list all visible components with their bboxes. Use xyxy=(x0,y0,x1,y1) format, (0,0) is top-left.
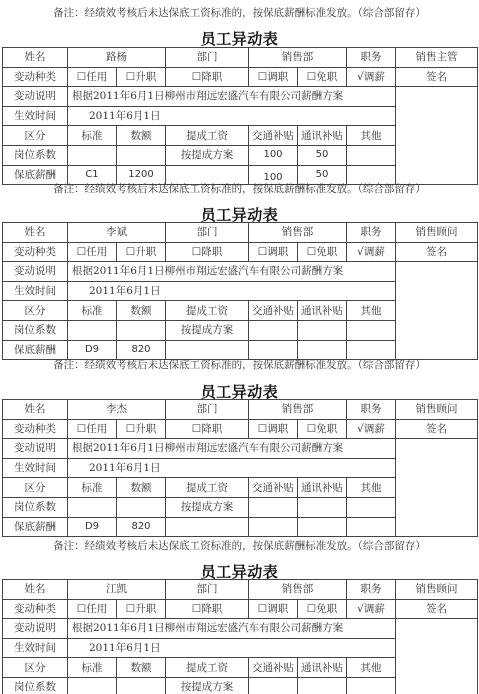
base-salary-standard[interactable]: D9 xyxy=(68,517,117,537)
change-type-row: 变动种类 ☐任用 ☐升职 ☐降职 ☐调职 ☐免职 √调薪 签名 xyxy=(3,599,478,619)
name-value[interactable]: 李杰 xyxy=(68,400,166,420)
effective-date-label: 生效时间 xyxy=(3,106,68,126)
change-type-label: 变动种类 xyxy=(3,242,68,262)
header-row: 姓名 江凯 部门 销售部 职务 销售顾问 xyxy=(3,580,478,600)
effective-date-label: 生效时间 xyxy=(3,281,68,301)
standard-label: 标准 xyxy=(68,301,117,321)
header-row: 姓名 李斌 部门 销售部 职务 销售顾问 xyxy=(3,223,478,243)
position-label: 职务 xyxy=(347,400,396,420)
standard-label: 标准 xyxy=(68,658,117,678)
employee-change-form-2: 姓名 李斌 部门 销售部 职务 销售顾问 变动种类 ☐任用 ☐升职 ☐降职 ☐调… xyxy=(2,222,478,360)
checkbox-transfer[interactable]: ☐调职 xyxy=(249,67,298,87)
commission-label: 提成工资 xyxy=(166,478,249,498)
checkbox-transfer[interactable]: ☐调职 xyxy=(249,242,298,262)
change-desc-row: 变动说明 根据2011年6月1日柳州市翔远宏盛汽车有限公司薪酬方案 xyxy=(3,439,478,459)
checkbox-demote[interactable]: ☐降职 xyxy=(166,67,249,87)
checkbox-demote[interactable]: ☐降职 xyxy=(166,419,249,439)
department-value[interactable]: 销售部 xyxy=(249,223,347,243)
post-coef-commission[interactable]: 按提成方案 xyxy=(166,320,249,340)
change-desc-row: 变动说明 根据2011年6月1日柳州市翔远宏盛汽车有限公司薪酬方案 xyxy=(3,619,478,639)
position-label: 职务 xyxy=(347,223,396,243)
name-value[interactable]: 江凯 xyxy=(68,580,166,600)
standard-label: 标准 xyxy=(68,126,117,146)
post-coef-telecom[interactable]: 50 xyxy=(298,145,347,165)
post-coef-telecom[interactable] xyxy=(298,320,347,340)
department-label: 部门 xyxy=(166,580,249,600)
post-coef-transport[interactable] xyxy=(249,497,298,517)
name-label: 姓名 xyxy=(3,223,68,243)
amount-label: 数额 xyxy=(117,478,166,498)
department-value[interactable]: 销售部 xyxy=(249,400,347,420)
checkbox-promote[interactable]: ☐升职 xyxy=(117,67,166,87)
post-coef-amount[interactable] xyxy=(117,677,166,694)
checkbox-demote[interactable]: ☐降职 xyxy=(166,242,249,262)
telecom-label: 通讯补贴 xyxy=(298,126,347,146)
post-coef-standard[interactable] xyxy=(68,677,117,694)
checkbox-promote[interactable]: ☐升职 xyxy=(117,599,166,619)
post-coef-other[interactable] xyxy=(347,497,396,517)
change-desc-label: 变动说明 xyxy=(3,619,68,639)
checkbox-dismiss[interactable]: ☐免职 xyxy=(298,599,347,619)
name-label: 姓名 xyxy=(3,400,68,420)
form-title: 员工异动表 xyxy=(0,28,479,49)
post-coef-label: 岗位系数 xyxy=(3,320,68,340)
signature-area[interactable] xyxy=(396,87,478,185)
checkbox-transfer[interactable]: ☐调职 xyxy=(249,599,298,619)
post-coef-amount[interactable] xyxy=(117,145,166,165)
signature-label: 签名 xyxy=(396,419,478,439)
employee-change-form-4: 姓名 江凯 部门 销售部 职务 销售顾问 变动种类 ☐任用 ☐升职 ☐降职 ☐调… xyxy=(2,579,478,694)
change-desc-value[interactable]: 根据2011年6月1日柳州市翔远宏盛汽车有限公司薪酬方案 xyxy=(68,439,396,459)
remark-note: 备注：经绩效考核后未达保底工资标准的，按保底薪酬标准发放。（综合部留存） xyxy=(0,5,479,20)
amount-label: 数额 xyxy=(117,126,166,146)
position-value[interactable]: 销售主管 xyxy=(396,48,478,68)
change-desc-label: 变动说明 xyxy=(3,87,68,107)
base-salary-telecom[interactable] xyxy=(298,517,347,537)
post-coef-transport[interactable]: 100 xyxy=(249,145,298,165)
employee-change-form-1: 姓名 路杨 部门 销售部 职务 销售主管 变动种类 ☐任用 ☐升职 ☐降职 ☐调… xyxy=(2,47,478,185)
base-salary-transport[interactable] xyxy=(249,517,298,537)
transport-label: 交通补贴 xyxy=(249,658,298,678)
effective-date-value[interactable]: 2011年6月1日 xyxy=(68,638,396,658)
signature-area[interactable] xyxy=(396,619,478,694)
remark-note: 备注：经绩效考核后未达保底工资标准的，按保底薪酬标准发放。（综合部留存） xyxy=(0,538,479,553)
category-label: 区分 xyxy=(3,301,68,321)
effective-date-value[interactable]: 2011年6月1日 xyxy=(68,106,396,126)
checkbox-demote[interactable]: ☐降职 xyxy=(166,599,249,619)
post-coef-other[interactable] xyxy=(347,677,396,694)
remark-note: 备注：经绩效考核后未达保底工资标准的，按保底薪酬标准发放。（综合部留存） xyxy=(0,357,479,372)
employee-change-form-3: 姓名 李杰 部门 销售部 职务 销售顾问 变动种类 ☐任用 ☐升职 ☐降职 ☐调… xyxy=(2,399,478,537)
amount-label: 数额 xyxy=(117,301,166,321)
checkbox-transfer[interactable]: ☐调职 xyxy=(249,419,298,439)
checkbox-salary-adjust[interactable]: √调薪 xyxy=(347,419,396,439)
transport-label: 交通补贴 xyxy=(249,478,298,498)
department-value[interactable]: 销售部 xyxy=(249,48,347,68)
change-desc-value[interactable]: 根据2011年6月1日柳州市翔远宏盛汽车有限公司薪酬方案 xyxy=(68,262,396,282)
signature-area[interactable] xyxy=(396,439,478,537)
signature-label: 签名 xyxy=(396,67,478,87)
post-coef-label: 岗位系数 xyxy=(3,497,68,517)
checkbox-appoint[interactable]: ☐任用 xyxy=(68,242,117,262)
position-label: 职务 xyxy=(347,580,396,600)
checkbox-promote[interactable]: ☐升职 xyxy=(117,242,166,262)
post-coef-label: 岗位系数 xyxy=(3,145,68,165)
other-label: 其他 xyxy=(347,301,396,321)
change-type-row: 变动种类 ☐任用 ☐升职 ☐降职 ☐调职 ☐免职 √调薪 签名 xyxy=(3,67,478,87)
change-type-label: 变动种类 xyxy=(3,599,68,619)
telecom-label: 通讯补贴 xyxy=(298,658,347,678)
checkbox-dismiss[interactable]: ☐免职 xyxy=(298,419,347,439)
base-salary-other[interactable] xyxy=(347,517,396,537)
department-label: 部门 xyxy=(166,400,249,420)
post-coef-other[interactable] xyxy=(347,320,396,340)
checkbox-salary-adjust[interactable]: √调薪 xyxy=(347,599,396,619)
change-desc-label: 变动说明 xyxy=(3,439,68,459)
transport-label: 交通补贴 xyxy=(249,301,298,321)
checkbox-appoint[interactable]: ☐任用 xyxy=(68,67,117,87)
change-type-row: 变动种类 ☐任用 ☐升职 ☐降职 ☐调职 ☐免职 √调薪 签名 xyxy=(3,242,478,262)
post-coef-amount[interactable] xyxy=(117,320,166,340)
commission-label: 提成工资 xyxy=(166,126,249,146)
post-coef-other[interactable] xyxy=(347,145,396,165)
signature-area[interactable] xyxy=(396,262,478,360)
checkbox-salary-adjust[interactable]: √调薪 xyxy=(347,67,396,87)
post-coef-standard[interactable] xyxy=(68,320,117,340)
checkbox-promote[interactable]: ☐升职 xyxy=(117,419,166,439)
other-label: 其他 xyxy=(347,658,396,678)
change-type-row: 变动种类 ☐任用 ☐升职 ☐降职 ☐调职 ☐免职 √调薪 签名 xyxy=(3,419,478,439)
checkbox-dismiss[interactable]: ☐免职 xyxy=(298,242,347,262)
department-label: 部门 xyxy=(166,223,249,243)
header-row: 姓名 路杨 部门 销售部 职务 销售主管 xyxy=(3,48,478,68)
change-desc-row: 变动说明 根据2011年6月1日柳州市翔远宏盛汽车有限公司薪酬方案 xyxy=(3,262,478,282)
post-coef-commission[interactable]: 按提成方案 xyxy=(166,497,249,517)
department-label: 部门 xyxy=(166,48,249,68)
category-label: 区分 xyxy=(3,478,68,498)
other-label: 其他 xyxy=(347,126,396,146)
name-value[interactable]: 路杨 xyxy=(68,48,166,68)
base-salary-commission[interactable] xyxy=(166,517,249,537)
post-coef-commission[interactable]: 按提成方案 xyxy=(166,145,249,165)
commission-label: 提成工资 xyxy=(166,658,249,678)
name-label: 姓名 xyxy=(3,48,68,68)
transport-label: 交通补贴 xyxy=(249,126,298,146)
post-coef-label: 岗位系数 xyxy=(3,677,68,694)
effective-date-value[interactable]: 2011年6月1日 xyxy=(68,281,396,301)
base-salary-amount[interactable]: 820 xyxy=(117,517,166,537)
position-value[interactable]: 销售顾问 xyxy=(396,223,478,243)
checkbox-salary-adjust[interactable]: √调薪 xyxy=(347,242,396,262)
header-row: 姓名 李杰 部门 销售部 职务 销售顾问 xyxy=(3,400,478,420)
category-label: 区分 xyxy=(3,658,68,678)
department-value[interactable]: 销售部 xyxy=(249,580,347,600)
change-desc-value[interactable]: 根据2011年6月1日柳州市翔远宏盛汽车有限公司薪酬方案 xyxy=(68,87,396,107)
name-label: 姓名 xyxy=(3,580,68,600)
standard-label: 标准 xyxy=(68,478,117,498)
change-type-label: 变动种类 xyxy=(3,67,68,87)
base-salary-label: 保底薪酬 xyxy=(3,517,68,537)
change-desc-value[interactable]: 根据2011年6月1日柳州市翔远宏盛汽车有限公司薪酬方案 xyxy=(68,619,396,639)
name-value[interactable]: 李斌 xyxy=(68,223,166,243)
telecom-label: 通讯补贴 xyxy=(298,478,347,498)
post-coef-standard[interactable] xyxy=(68,145,117,165)
other-label: 其他 xyxy=(347,478,396,498)
effective-date-label: 生效时间 xyxy=(3,458,68,478)
remark-note: 备注：经绩效考核后未达保底工资标准的，按保底薪酬标准发放。（综合部留存） xyxy=(0,181,479,196)
position-value[interactable]: 销售顾问 xyxy=(396,400,478,420)
telecom-label: 通讯补贴 xyxy=(298,301,347,321)
commission-label: 提成工资 xyxy=(166,301,249,321)
checkbox-appoint[interactable]: ☐任用 xyxy=(68,599,117,619)
change-desc-row: 变动说明 根据2011年6月1日柳州市翔远宏盛汽车有限公司薪酬方案 xyxy=(3,87,478,107)
post-coef-standard[interactable] xyxy=(68,497,117,517)
category-label: 区分 xyxy=(3,126,68,146)
effective-date-label: 生效时间 xyxy=(3,638,68,658)
post-coef-telecom[interactable] xyxy=(298,497,347,517)
post-coef-commission[interactable]: 按提成方案 xyxy=(166,677,249,694)
signature-label: 签名 xyxy=(396,242,478,262)
post-coef-telecom[interactable] xyxy=(298,677,347,694)
effective-date-value[interactable]: 2011年6月1日 xyxy=(68,458,396,478)
post-coef-transport[interactable] xyxy=(249,677,298,694)
post-coef-amount[interactable] xyxy=(117,497,166,517)
signature-label: 签名 xyxy=(396,599,478,619)
position-label: 职务 xyxy=(347,48,396,68)
change-type-label: 变动种类 xyxy=(3,419,68,439)
position-value[interactable]: 销售顾问 xyxy=(396,580,478,600)
checkbox-dismiss[interactable]: ☐免职 xyxy=(298,67,347,87)
post-coef-transport[interactable] xyxy=(249,320,298,340)
amount-label: 数额 xyxy=(117,658,166,678)
change-desc-label: 变动说明 xyxy=(3,262,68,282)
checkbox-appoint[interactable]: ☐任用 xyxy=(68,419,117,439)
